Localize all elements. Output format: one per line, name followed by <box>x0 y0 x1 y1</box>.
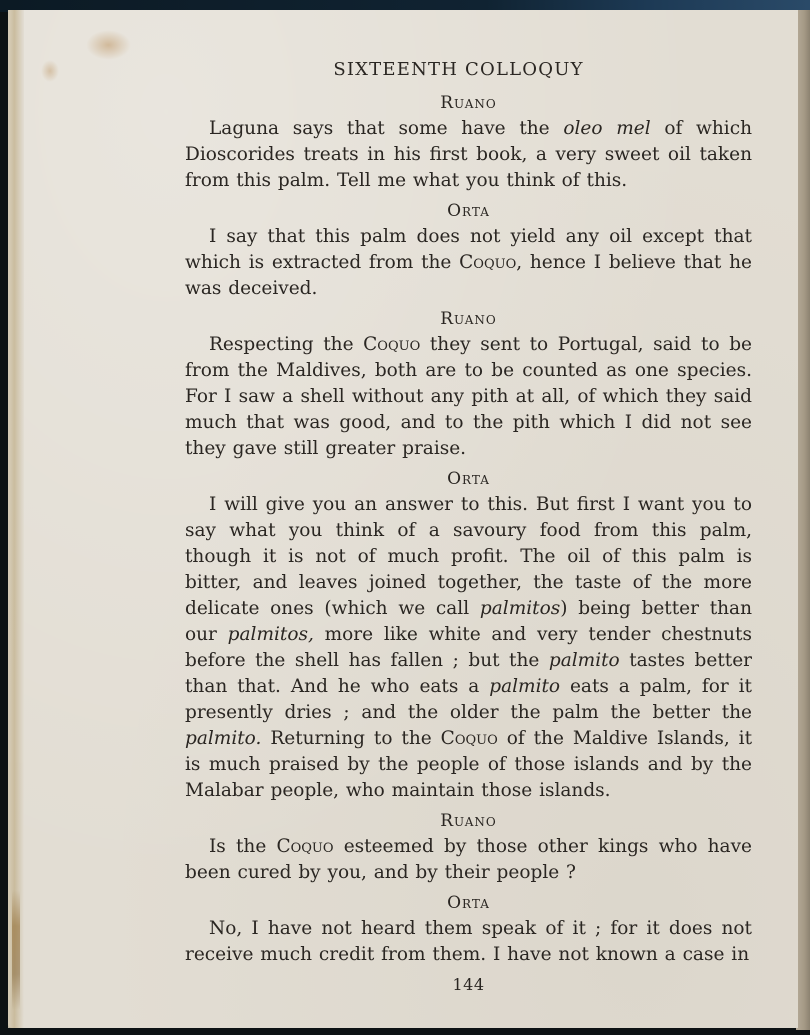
text-run: Laguna says that some have the <box>209 118 563 139</box>
text-run: Returning to the <box>261 728 440 749</box>
speaker-heading: Ruano <box>185 808 752 834</box>
small-caps-term: Coquo <box>363 334 420 355</box>
dialogue-paragraph: Respecting the Coquo they sent to Portug… <box>185 332 752 462</box>
small-caps-term: Coquo <box>459 252 516 273</box>
dialogue-paragraph: I will give you an answer to this. But f… <box>185 492 752 804</box>
foxing-spot <box>86 30 131 60</box>
speaker-heading: Orta <box>185 198 752 224</box>
book-scan: SIXTEENTH COLLOQUY Ruano Laguna says tha… <box>0 0 810 1035</box>
dialogue-section: Orta I will give you an answer to this. … <box>185 466 752 804</box>
italic-term: palmitos, <box>228 624 314 645</box>
italic-term: oleo mel <box>563 118 650 139</box>
small-caps-term: Coquo <box>441 728 498 749</box>
page-block-edge <box>796 10 810 1030</box>
page-number: 144 <box>185 972 752 998</box>
italic-term: palmito. <box>185 728 261 749</box>
dialogue-paragraph: Laguna says that some have the oleo mel … <box>185 116 752 194</box>
text-run: Respecting the <box>209 334 363 355</box>
foxing-spot <box>41 60 59 82</box>
dialogue-section: Orta I say that this palm does not yield… <box>185 198 752 302</box>
speaker-heading: Ruano <box>185 90 752 116</box>
speaker-heading: Orta <box>185 890 752 916</box>
dialogue-paragraph: Is the Coquo esteemed by those other kin… <box>185 834 752 886</box>
text-run: Is the <box>209 836 276 857</box>
dialogue-section: Ruano Is the Coquo esteemed by those oth… <box>185 808 752 886</box>
dialogue-paragraph: I say that this palm does not yield any … <box>185 224 752 302</box>
italic-term: palmito <box>489 676 560 697</box>
dialogue-section: Ruano Respecting the Coquo they sent to … <box>185 306 752 462</box>
small-caps-term: Coquo <box>276 836 333 857</box>
binding-stain <box>8 10 24 1028</box>
dialogue-section: Orta No, I have not heard them speak of … <box>185 890 752 968</box>
speaker-heading: Ruano <box>185 306 752 332</box>
speaker-heading: Orta <box>185 466 752 492</box>
running-head: SIXTEENTH COLLOQUY <box>165 52 752 88</box>
italic-term: palmitos <box>480 598 560 619</box>
dialogue-section: Ruano Laguna says that some have the ole… <box>185 90 752 194</box>
text-run: No, I have not heard them speak of it ; … <box>185 918 752 965</box>
page-text: SIXTEENTH COLLOQUY Ruano Laguna says tha… <box>185 52 752 998</box>
italic-term: palmito <box>549 650 620 671</box>
dialogue-paragraph: No, I have not heard them speak of it ; … <box>185 916 752 968</box>
